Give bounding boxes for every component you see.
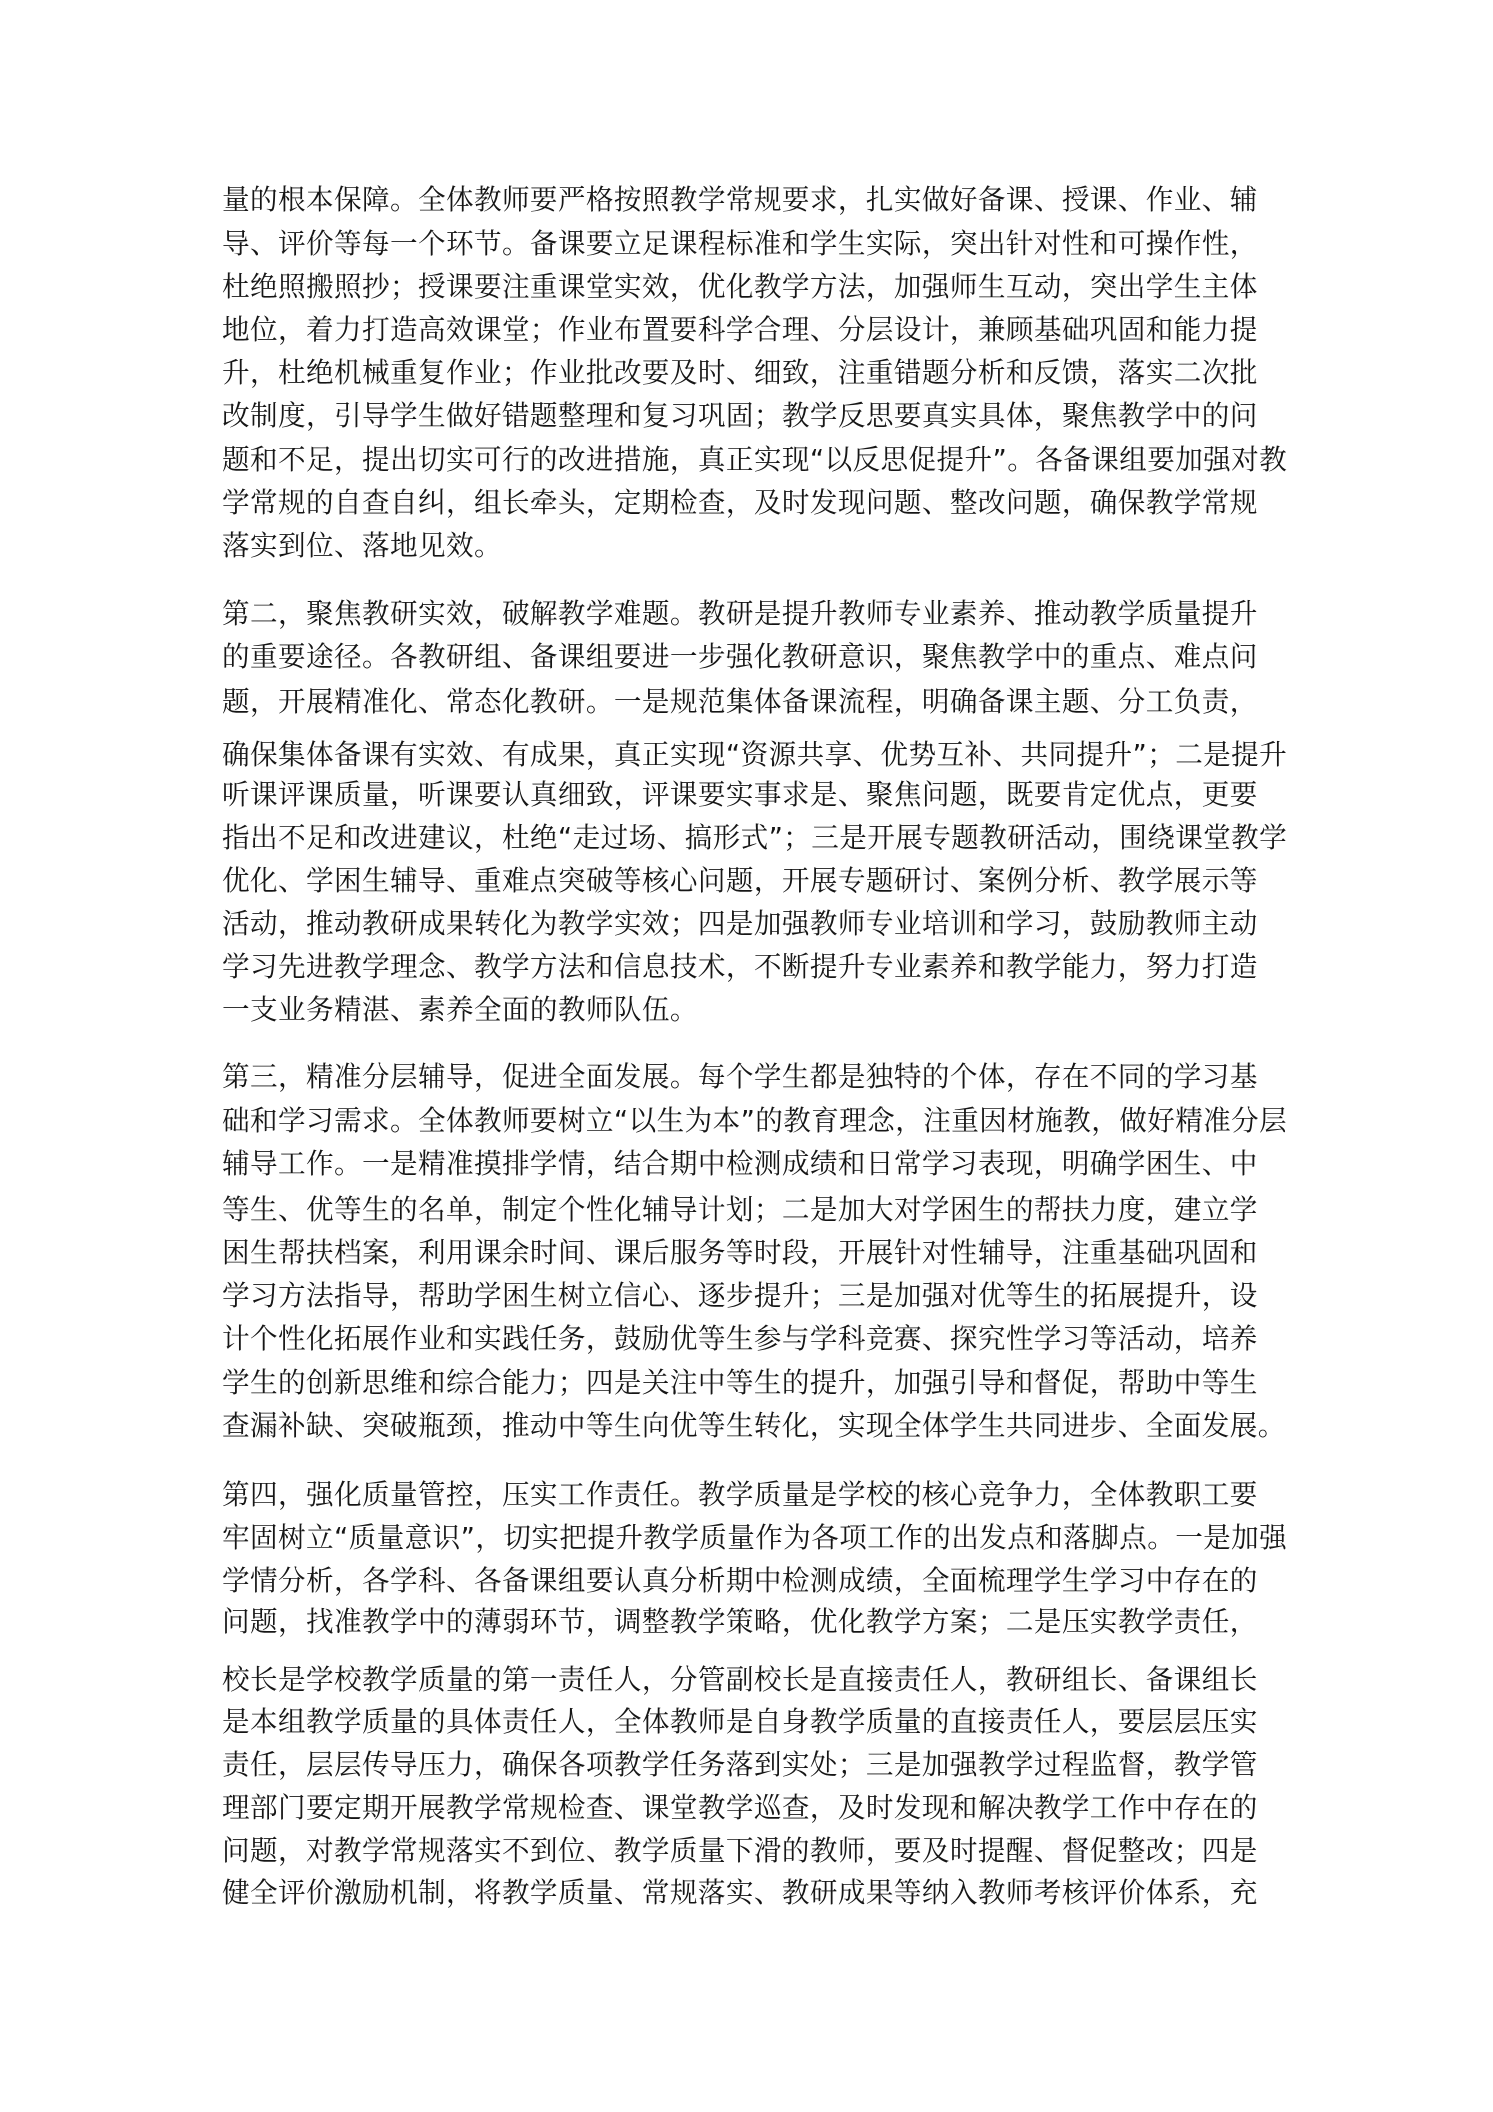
text-line: 学生的创新思维和综合能力；四是关注中等生的提升，加强引导和督促，帮助中等生 bbox=[222, 1367, 1258, 1399]
text-line: 升，杜绝机械重复作业；作业批改要及时、细致，注重错题分析和反馈，落实二次批 bbox=[222, 357, 1258, 389]
text-line: 辅导工作。一是精准摸排学情，结合期中检测成绩和日常学习表现，明确学困生、中 bbox=[222, 1148, 1258, 1180]
text-line: 第二，聚焦教研实效，破解教学难题。教研是提升教师专业素养、推动教学质量提升 bbox=[222, 598, 1258, 630]
text-line: 健全评价激励机制，将教学质量、常规落实、教研成果等纳入教师考核评价体系，充 bbox=[222, 1877, 1258, 1909]
text-line: 责任，层层传导压力，确保各项教学任务落到实处；三是加强教学过程监督，教学管 bbox=[222, 1749, 1258, 1781]
text-line: 学习方法指导，帮助学困生树立信心、逐步提升；三是加强对优等生的拓展提升，设 bbox=[222, 1280, 1258, 1312]
text-line: 是本组教学质量的具体责任人，全体教师是自身教学质量的直接责任人，要层层压实 bbox=[222, 1706, 1258, 1738]
text-line: 题，开展精准化、常态化教研。一是规范集体备课流程，明确备课主题、分工负责， bbox=[222, 686, 1258, 718]
text-line: 困生帮扶档案，利用课余时间、课后服务等时段，开展针对性辅导，注重基础巩固和 bbox=[222, 1237, 1258, 1269]
text-line: 听课评课质量，听课要认真细致，评课要实事求是、聚焦问题，既要肯定优点，更要 bbox=[222, 779, 1258, 811]
text-line: 问题，找准教学中的薄弱环节，调整教学策略，优化教学方案；二是压实教学责任， bbox=[222, 1606, 1258, 1638]
text-line: 确保集体备课有实效、有成果，真正实现“资源共享、优势互补、共同提升”；二是提升 bbox=[222, 739, 1287, 771]
text-line: 杜绝照搬照抄；授课要注重课堂实效，优化教学方法，加强师生互动，突出学生主体 bbox=[222, 271, 1258, 303]
text-line: 学习先进教学理念、教学方法和信息技术，不断提升专业素养和教学能力，努力打造 bbox=[222, 951, 1258, 983]
text-line: 理部门要定期开展教学常规检查、课堂教学巡查，及时发现和解决教学工作中存在的 bbox=[222, 1792, 1258, 1824]
text-line: 地位，着力打造高效课堂；作业布置要科学合理、分层设计，兼顾基础巩固和能力提 bbox=[222, 314, 1258, 346]
text-line: 查漏补缺、突破瓶颈，推动中等生向优等生转化，实现全体学生共同进步、全面发展。 bbox=[222, 1410, 1286, 1442]
text-line: 优化、学困生辅导、重难点突破等核心问题，开展专题研讨、案例分析、教学展示等 bbox=[222, 865, 1258, 897]
text-line: 题和不足，提出切实可行的改进措施，真正实现“以反思促提升”。各备课组要加强对教 bbox=[222, 444, 1287, 476]
text-line: 改制度，引导学生做好错题整理和复习巩固；教学反思要真实具体，聚焦教学中的问 bbox=[222, 400, 1258, 432]
text-line: 学常规的自查自纠，组长牵头，定期检查，及时发现问题、整改问题，确保教学常规 bbox=[222, 487, 1258, 519]
text-line: 计个性化拓展作业和实践任务，鼓励优等生参与学科竞赛、探究性学习等活动，培养 bbox=[222, 1323, 1258, 1355]
text-line: 等生、优等生的名单，制定个性化辅导计划；二是加大对学困生的帮扶力度，建立学 bbox=[222, 1194, 1258, 1226]
text-line: 学情分析，各学科、各备课组要认真分析期中检测成绩，全面梳理学生学习中存在的 bbox=[222, 1565, 1258, 1597]
text-line: 第四，强化质量管控，压实工作责任。教学质量是学校的核心竞争力，全体教职工要 bbox=[222, 1479, 1258, 1511]
text-line: 一支业务精湛、素养全面的教师队伍。 bbox=[222, 994, 698, 1026]
text-line: 落实到位、落地见效。 bbox=[222, 530, 502, 562]
text-line: 础和学习需求。全体教师要树立“以生为本”的教育理念，注重因材施教，做好精准分层 bbox=[222, 1105, 1287, 1137]
text-line: 牢固树立“质量意识”，切实把提升教学质量作为各项工作的出发点和落脚点。一是加强 bbox=[222, 1522, 1287, 1554]
document-page: 量的根本保障。全体教师要严格按照教学常规要求，扎实做好备课、授课、作业、辅 导、… bbox=[0, 0, 1493, 2112]
text-line: 导、评价等每一个环节。备课要立足课程标准和学生实际，突出针对性和可操作性， bbox=[222, 228, 1258, 260]
text-line: 活动，推动教研成果转化为教学实效；四是加强教师专业培训和学习，鼓励教师主动 bbox=[222, 908, 1258, 940]
text-line: 量的根本保障。全体教师要严格按照教学常规要求，扎实做好备课、授课、作业、辅 bbox=[222, 184, 1258, 216]
text-line: 问题，对教学常规落实不到位、教学质量下滑的教师，要及时提醒、督促整改；四是 bbox=[222, 1835, 1258, 1867]
text-line: 第三，精准分层辅导，促进全面发展。每个学生都是独特的个体，存在不同的学习基 bbox=[222, 1061, 1258, 1093]
text-line: 指出不足和改进建议，杜绝“走过场、搞形式”；三是开展专题教研活动，围绕课堂教学 bbox=[222, 822, 1287, 854]
text-line: 的重要途径。各教研组、备课组要进一步强化教研意识，聚焦教学中的重点、难点问 bbox=[222, 641, 1258, 673]
text-line: 校长是学校教学质量的第一责任人，分管副校长是直接责任人，教研组长、备课组长 bbox=[222, 1664, 1258, 1696]
